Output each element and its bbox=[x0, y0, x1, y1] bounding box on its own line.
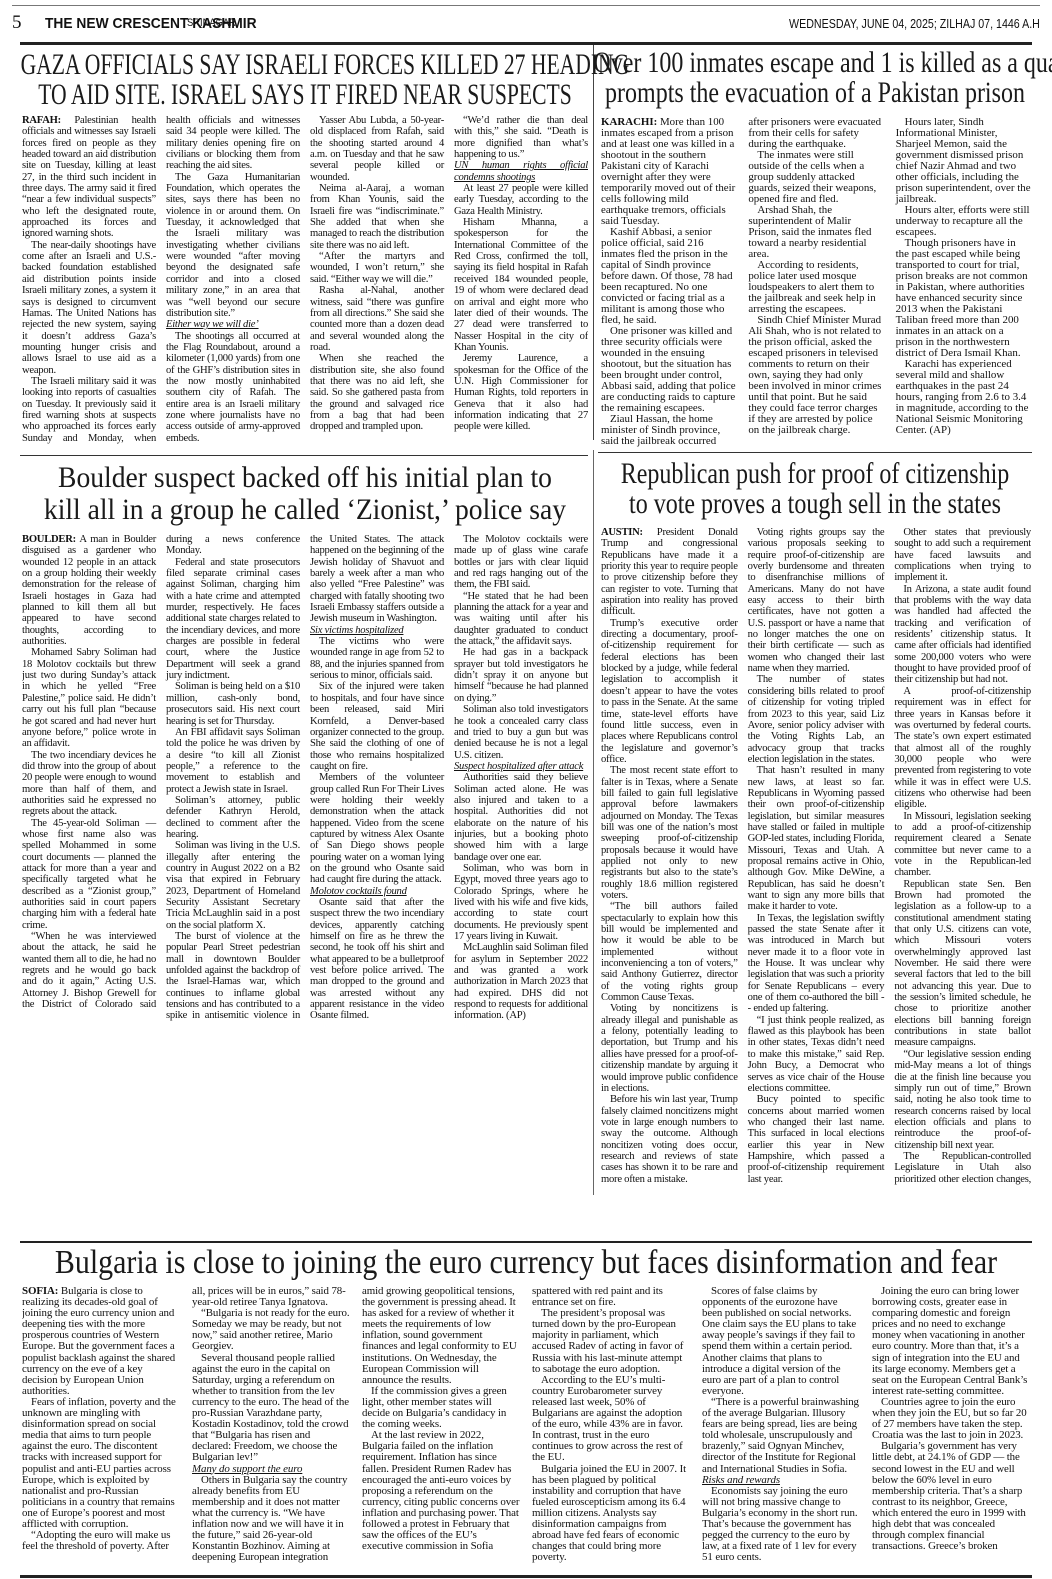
article-paragraph: One prisoner was killed and three securi… bbox=[601, 326, 736, 414]
article-dateline: KARACHI: bbox=[601, 117, 657, 128]
article-columns: KARACHI: More than 100 inmates escaped f… bbox=[601, 117, 1031, 447]
article-paragraph: Trump’s executive order directing a docu… bbox=[601, 618, 738, 765]
article-paragraph: The 45-year-old Soliman — whose first na… bbox=[22, 818, 156, 931]
headline-line: Boulder suspect backed off his initial p… bbox=[6, 462, 604, 494]
section-rule bbox=[20, 1241, 1032, 1243]
article-paragraph: Neima al-Aaraj, a woman from Khan Younis… bbox=[310, 183, 444, 251]
article-paragraph: Hisham Mhanna, a spokesperson for the In… bbox=[454, 217, 588, 353]
article-paragraph: KARACHI: More than 100 inmates escaped f… bbox=[601, 117, 736, 227]
citizenship-article-body: AUSTIN: President Donald Trump and congr… bbox=[601, 527, 1031, 1195]
masthead-rule bbox=[20, 42, 1032, 45]
article-paragraph: AUSTIN: President Donald Trump and congr… bbox=[601, 527, 738, 618]
masthead: 5 THE NEW CRESCENT KASHMIR SRINAGAR WEDN… bbox=[12, 14, 1040, 34]
article-paragraph: If the commission gives a green light, o… bbox=[362, 1386, 520, 1430]
headline-line: to vote proves a tough sell in the state… bbox=[593, 489, 1036, 519]
headline-line: kill all in a group he called ‘Zionist,’… bbox=[6, 494, 604, 526]
article-paragraph: The number of states considering bills r… bbox=[748, 674, 885, 765]
article-paragraph: The victims who were wounded range in ag… bbox=[310, 636, 444, 681]
article-paragraph: The two incendiary devices he did throw … bbox=[22, 750, 156, 818]
article-paragraph: Voting rights groups say the various pro… bbox=[748, 527, 885, 674]
article-paragraph: Though prisoners have in the past escape… bbox=[896, 238, 1031, 359]
article-paragraph: “I just think people realized, as flawed… bbox=[748, 1015, 885, 1094]
article-paragraph: A proof-of-citizenship requirement was i… bbox=[894, 686, 1031, 811]
article-columns: BOULDER: A man in Boulder disguised as a… bbox=[22, 534, 588, 1234]
article-paragraph: The inmates were still outside of the ce… bbox=[748, 150, 883, 205]
top-rule bbox=[12, 5, 1040, 6]
bulgaria-headline: Bulgaria is close to joining the euro cu… bbox=[81, 1246, 972, 1280]
article-paragraph: Six of the injured were taken to hospita… bbox=[310, 681, 444, 772]
headline-line: Republican push for proof of citizenship bbox=[593, 459, 1036, 489]
article-paragraph: The Molotov cocktails were made up of gl… bbox=[454, 534, 588, 591]
article-paragraph: Sindh Chief Minister Murad Ali Shah, who… bbox=[748, 315, 883, 436]
article-paragraph: According to the EU’s multi-country Euro… bbox=[532, 1375, 690, 1464]
article-paragraph: In Missouri, legislation seeking to add … bbox=[894, 811, 1031, 879]
edition-city: SRINAGAR bbox=[187, 17, 236, 29]
article-paragraph: Scores of false claims by opponents of t… bbox=[702, 1286, 860, 1397]
article-paragraph: “Bulgaria is not ready for the euro. Som… bbox=[192, 1308, 350, 1352]
article-subheading: Many do support the euro bbox=[192, 1464, 350, 1475]
article-paragraph: Soliman, who was born in Egypt, moved th… bbox=[454, 863, 588, 942]
boulder-article-body: BOULDER: A man in Boulder disguised as a… bbox=[22, 534, 588, 1234]
column-divider bbox=[593, 450, 594, 1195]
section-rule bbox=[20, 455, 588, 456]
article-paragraph: The near-daily shootings have come after… bbox=[22, 240, 156, 376]
citizenship-headline: Republican push for proof of citizenship… bbox=[641, 459, 988, 519]
pakistan-article-body: KARACHI: More than 100 inmates escaped f… bbox=[601, 117, 1031, 447]
section-rule bbox=[598, 452, 1032, 453]
article-paragraph: Soliman also told investigators he took … bbox=[454, 704, 588, 761]
article-paragraph: The president’s proposal was turned down… bbox=[532, 1308, 690, 1375]
article-paragraph: The most recent state effort to falter i… bbox=[601, 765, 738, 901]
bottom-rule bbox=[20, 1575, 1032, 1578]
article-columns: SOFIA: Bulgaria is close to realizing it… bbox=[22, 1286, 1030, 1572]
article-paragraph: Osante said that after the suspect threw… bbox=[310, 897, 444, 1022]
gaza-headline: GAZA OFFICIALS SAY ISRAELI FORCES KILLED… bbox=[100, 50, 510, 110]
article-paragraph: According to residents, police later use… bbox=[748, 260, 883, 315]
article-columns: RAFAH: Palestinian health officials and … bbox=[22, 115, 588, 452]
article-subheading: Either way we will die’ bbox=[166, 319, 300, 330]
bulgaria-article-body: SOFIA: Bulgaria is close to realizing it… bbox=[22, 1286, 1030, 1572]
article-paragraph: Arshad Shah, the superintendent of Malir… bbox=[748, 205, 883, 260]
article-paragraph: Countries agree to join the euro when th… bbox=[872, 1397, 1030, 1441]
article-paragraph: An FBI affidavit says Soliman told the p… bbox=[166, 727, 300, 795]
boulder-headline: Boulder suspect backed off his initial p… bbox=[43, 462, 567, 526]
headline-line: Bulgaria is close to joining the euro cu… bbox=[19, 1246, 1033, 1280]
article-paragraph: When she reached the distribution site, … bbox=[310, 353, 444, 432]
article-paragraph: In Arizona, a state audit found that pro… bbox=[894, 584, 1031, 686]
article-paragraph: BOULDER: A man in Boulder disguised as a… bbox=[22, 534, 156, 647]
article-paragraph: Before his win last year, Trump falsely … bbox=[601, 1094, 738, 1185]
article-paragraph: RAFAH: Palestinian health officials and … bbox=[22, 115, 156, 240]
article-paragraph: Bulgaria joined the EU in 2007. It has b… bbox=[532, 1464, 690, 1564]
article-paragraph: “The bill authors failed spectacularly t… bbox=[601, 901, 738, 1003]
article-paragraph: Federal and state prosecutors filed sepa… bbox=[166, 557, 300, 682]
headline-line: Over 100 inmates escape and 1 is killed … bbox=[593, 48, 1036, 78]
article-paragraph: “There is a powerful brainwashing of the… bbox=[702, 1397, 860, 1475]
article-paragraph: Hours later, Sindh Informational Ministe… bbox=[896, 117, 1031, 205]
article-paragraph: SOFIA: Bulgaria is close to realizing it… bbox=[22, 1286, 180, 1397]
article-dateline: SOFIA: bbox=[22, 1286, 58, 1297]
article-paragraph: Soliman is being held on a $10 million, … bbox=[166, 681, 300, 726]
article-paragraph: Republican state Sen. Ben Brown had prom… bbox=[894, 879, 1031, 1049]
article-paragraph: “After the martyrs and wounded, I won’t … bbox=[310, 251, 444, 285]
pakistan-headline: Over 100 inmates escape and 1 is killed … bbox=[641, 48, 988, 108]
page-number: 5 bbox=[12, 12, 22, 34]
article-paragraph: Joining the euro can bring lower borrowi… bbox=[872, 1286, 1030, 1397]
article-paragraph: Hours alter, efforts were still underway… bbox=[896, 205, 1031, 238]
article-paragraph: Yasser Abu Lubda, a 50-year-old displace… bbox=[310, 115, 444, 183]
article-dateline: AUSTIN: bbox=[601, 527, 643, 538]
article-paragraph: Mohamed Sabry Soliman had 18 Molotov coc… bbox=[22, 647, 156, 749]
article-paragraph: “We’d rather die than deal with this,” s… bbox=[454, 115, 588, 160]
article-paragraph: Jeremy Laurence, a spokesman for the Off… bbox=[454, 353, 588, 432]
article-paragraph: “Our legislative session ending mid-May … bbox=[894, 1049, 1031, 1151]
headline-line: prompts the evacuation of a Pakistan pri… bbox=[593, 78, 1036, 108]
article-dateline: RAFAH: bbox=[22, 115, 61, 126]
headline-line: GAZA OFFICIALS SAY ISRAELI FORCES KILLED… bbox=[21, 50, 590, 80]
article-paragraph: Soliman’s attorney, public defender Kath… bbox=[166, 795, 300, 840]
article-paragraph: Kashif Abbasi, a senior police official,… bbox=[601, 227, 736, 326]
article-paragraph: Soliman was living in the U.S. illegally… bbox=[166, 840, 300, 931]
article-paragraph: Several thousand people rallied against … bbox=[192, 1353, 350, 1464]
article-paragraph: “He stated that he had been planning the… bbox=[454, 591, 588, 648]
article-paragraph: Authorities said they believe Soliman ac… bbox=[454, 772, 588, 863]
article-paragraph: Rasha al-Nahal, another witness, said “t… bbox=[310, 285, 444, 353]
article-subheading: Six victims hospitalized bbox=[310, 625, 444, 636]
article-paragraph: The Gaza Humanitarian Foundation, which … bbox=[166, 172, 300, 319]
article-paragraph: Voting by noncitizens is already illegal… bbox=[601, 1003, 738, 1094]
issue-date: WEDNESDAY, JUNE 04, 2025; ZILHAJ 07, 144… bbox=[789, 16, 1040, 31]
article-paragraph: McLaughlin said Soliman filed for asylum… bbox=[454, 942, 588, 1021]
article-paragraph: At least 27 people were killed early Tue… bbox=[454, 183, 588, 217]
article-paragraph: Karachi has experienced several mild and… bbox=[896, 359, 1031, 436]
article-subheading: UN human rights official condemns shooti… bbox=[454, 160, 588, 183]
article-paragraph: The shootings all occurred at the Flag R… bbox=[166, 331, 300, 444]
article-paragraph: Bucy pointed to specific concerns about … bbox=[748, 1094, 885, 1185]
article-subheading: Suspect hospitalized after attack bbox=[454, 761, 588, 772]
article-columns: AUSTIN: President Donald Trump and congr… bbox=[601, 527, 1031, 1195]
article-paragraph: Fears of inflation, poverty and the unkn… bbox=[22, 1397, 180, 1530]
article-paragraph: He had gas in a backpack sprayer but tol… bbox=[454, 647, 588, 704]
article-dateline: BOULDER: bbox=[22, 534, 76, 545]
article-subheading: Molotov cocktails found bbox=[310, 886, 444, 897]
article-paragraph: Members of the volunteer group called Ru… bbox=[310, 772, 444, 885]
headline-line: TO AID SITE. ISRAEL SAYS IT FIRED NEAR S… bbox=[21, 80, 590, 110]
article-paragraph: In Texas, the legislation swiftly passed… bbox=[748, 913, 885, 1015]
article-paragraph: Other states that previously sought to a… bbox=[894, 527, 1031, 584]
article-paragraph: Economists say joining the euro will not… bbox=[702, 1486, 860, 1564]
gaza-article-body: RAFAH: Palestinian health officials and … bbox=[22, 115, 588, 452]
article-paragraph: That hasn’t resulted in many new laws, a… bbox=[748, 765, 885, 912]
